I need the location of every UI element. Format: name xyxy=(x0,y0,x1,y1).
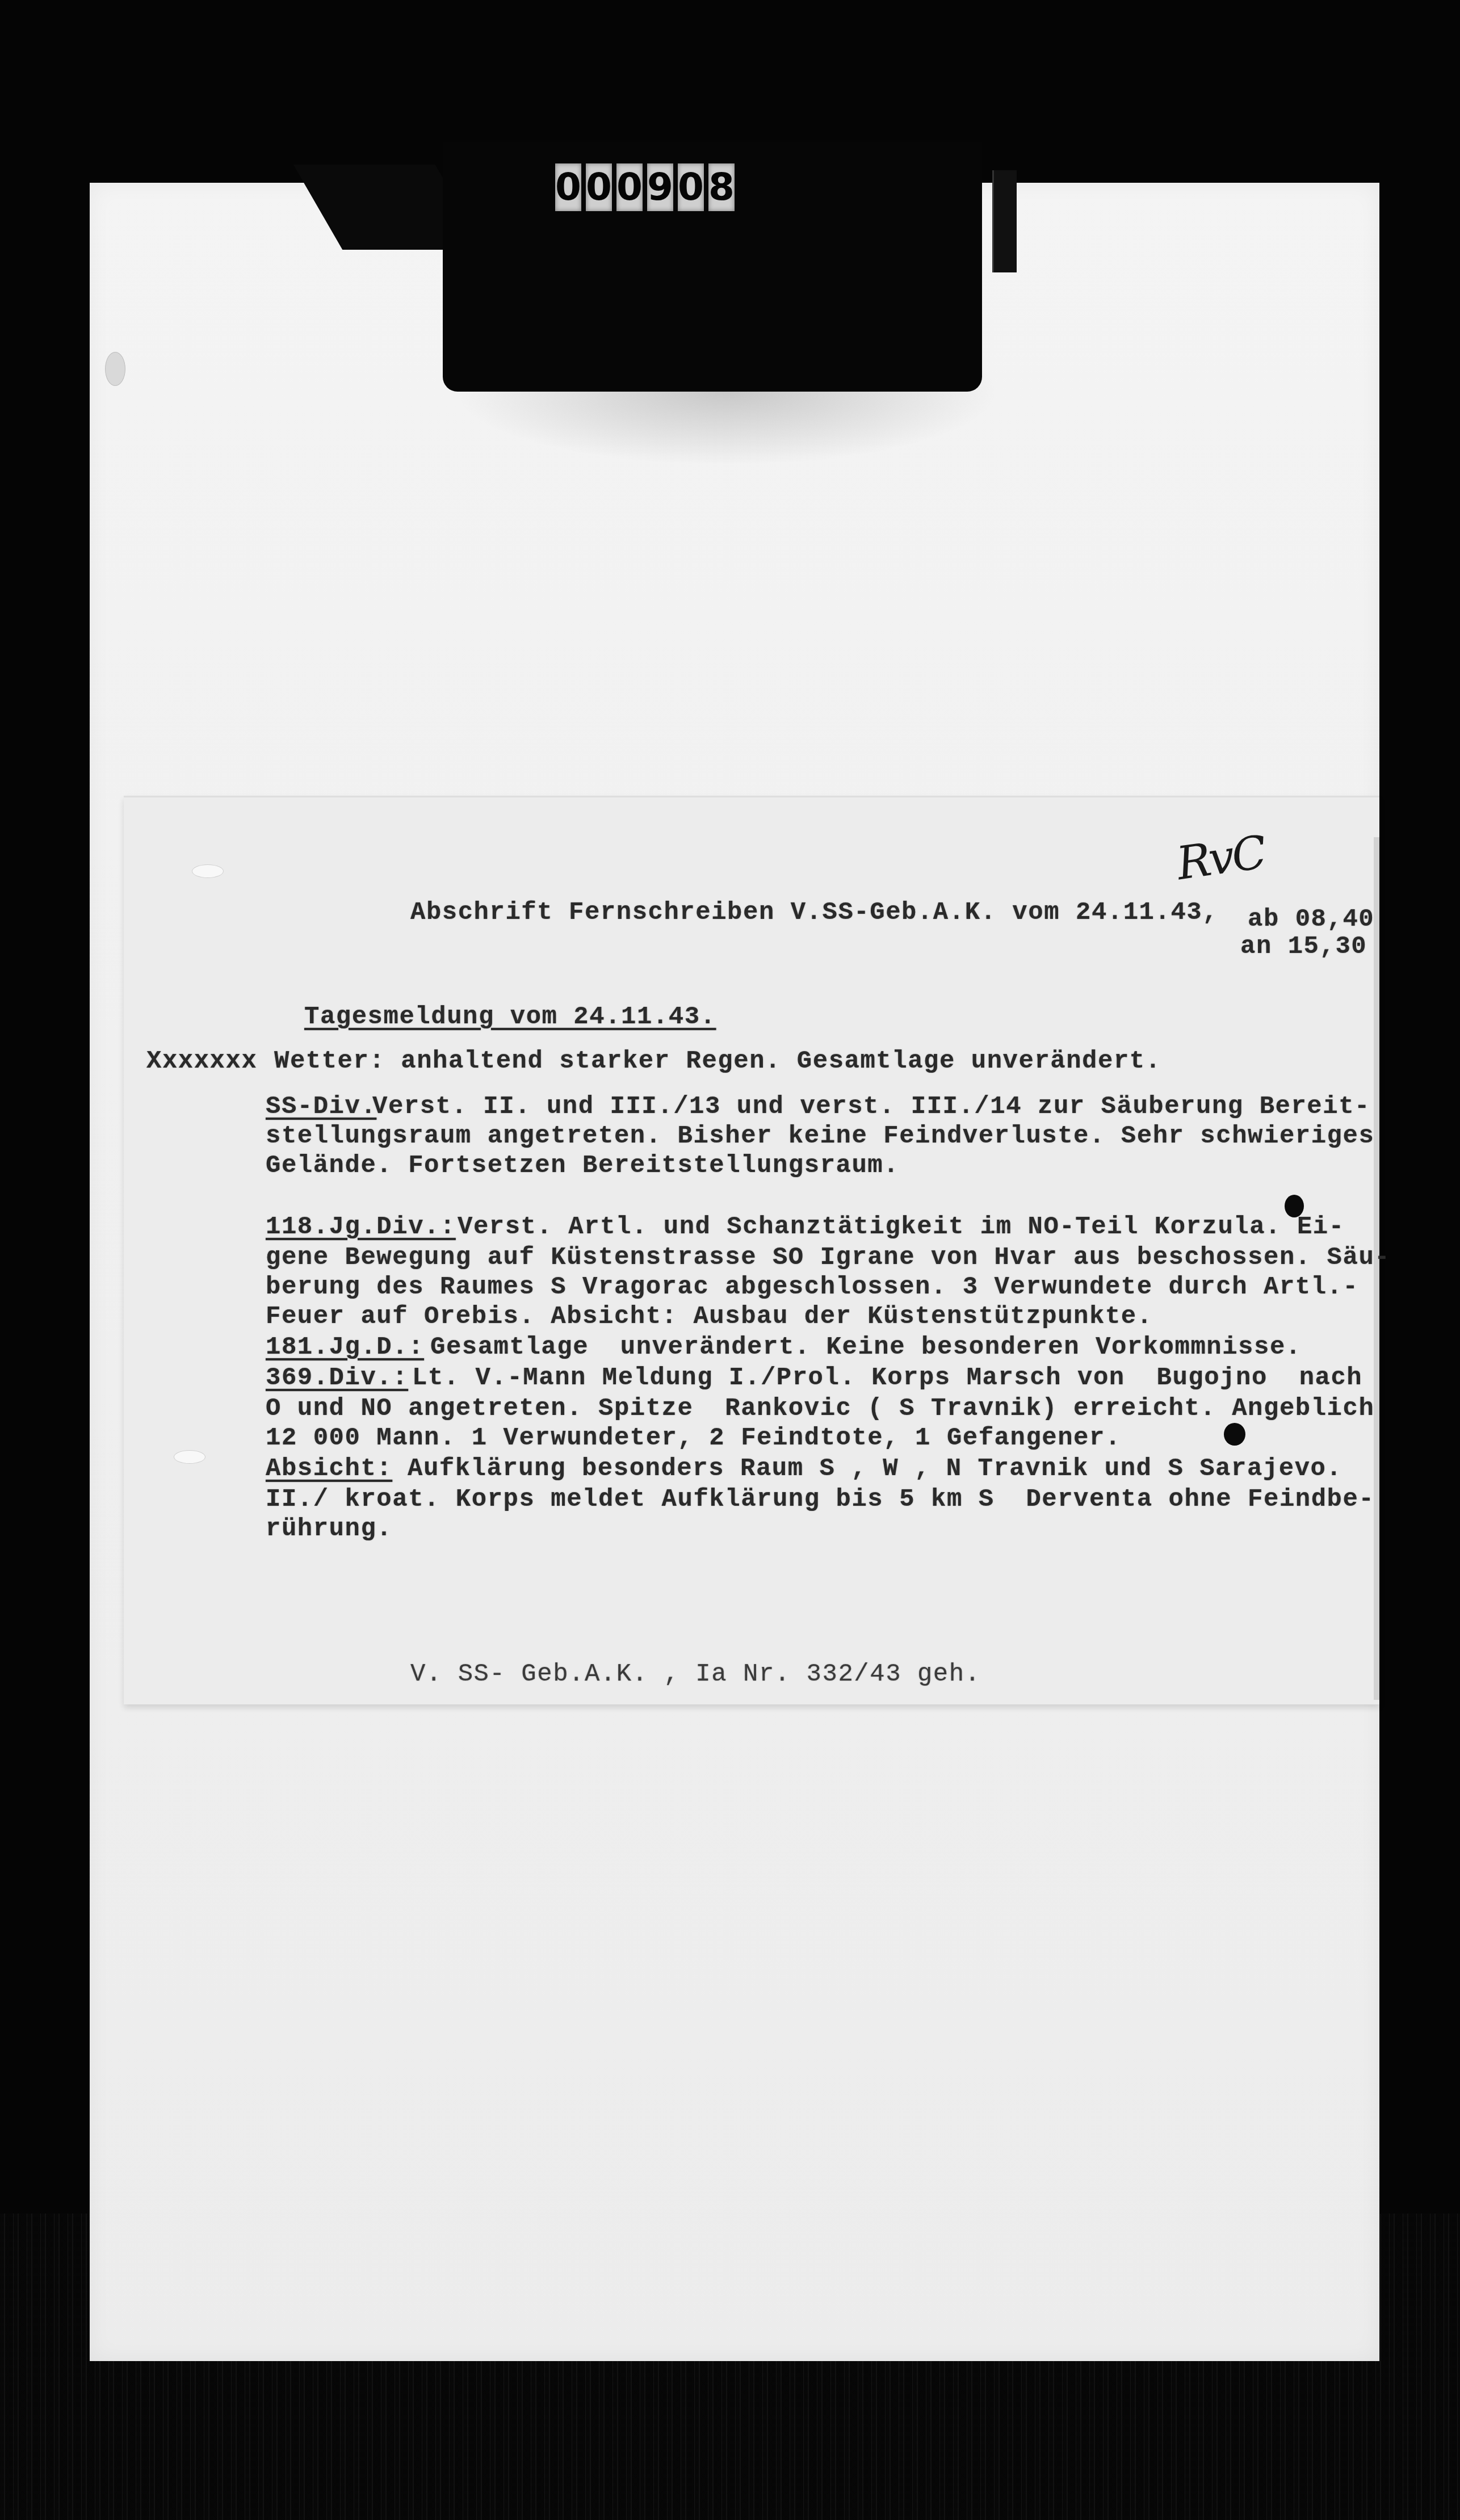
header-time-in: an 15,30 xyxy=(1240,933,1367,961)
header-title-line: Abschrift Fernschreiben V.SS-Geb.A.K. vo… xyxy=(410,898,1218,927)
counter-digit: 8 xyxy=(708,163,735,211)
section-line: gene Bewegung auf Küstenstrasse SO Igran… xyxy=(266,1244,1390,1272)
section-line: berung des Raumes S Vragorac abgeschloss… xyxy=(266,1273,1358,1301)
section-line: rührung. xyxy=(266,1515,392,1543)
section-line: stellungsraum angetreten. Bisher keine F… xyxy=(266,1122,1374,1150)
frame-counter-digits: 0 0 0 9 0 8 xyxy=(555,163,735,211)
section-line: Gelände. Fortsetzen Bereitstellungsraum. xyxy=(266,1152,899,1180)
unit-label-ss-div: SS-Div. xyxy=(266,1093,376,1121)
punch-hole-outer xyxy=(105,352,125,386)
punch-hole xyxy=(192,864,224,878)
counter-digit: 0 xyxy=(586,163,612,211)
header-time-out: ab 08,40 xyxy=(1248,905,1374,934)
unit-label-181-jg-d: 181.Jg.D.: xyxy=(266,1333,424,1362)
section-line: II./ kroat. Korps meldet Aufklärung bis … xyxy=(266,1485,1374,1514)
counter-knob xyxy=(992,170,1017,272)
unit-label-118-jg-div: 118.Jg.Div.: xyxy=(266,1213,456,1241)
unit-label-absicht: Absicht: xyxy=(266,1455,392,1483)
unit-label-369-div: 369.Div.: xyxy=(266,1364,408,1392)
telex-copy-slip: RvC Abschrift Fernschreiben V.SS-Geb.A.K… xyxy=(124,796,1379,1704)
ink-blot xyxy=(1224,1423,1245,1446)
section-line: Gesamtlage unverändert. Keine besonderen… xyxy=(430,1333,1302,1362)
section-line: Verst. II. und III./13 und verst. III./1… xyxy=(372,1093,1370,1121)
struck-out-text: Xxxxxxx xyxy=(146,1047,257,1076)
footer-reference: V. SS- Geb.A.K. , Ia Nr. 332/43 geh. xyxy=(410,1660,981,1689)
counter-digit: 0 xyxy=(616,163,643,211)
handwritten-initials: RvC xyxy=(1173,826,1268,891)
section-line: Lt. V.-Mann Meldung I./Prol. Korps Marsc… xyxy=(412,1364,1362,1392)
report-title: Tagesmeldung vom 24.11.43. xyxy=(304,1003,716,1031)
section-line: Verst. Artl. und Schanztätigkeit im NO-T… xyxy=(458,1213,1345,1241)
weather-line: Wetter: anhaltend starker Regen. Gesamtl… xyxy=(274,1047,1161,1076)
counter-digit: 0 xyxy=(555,163,581,211)
counter-digit: 0 xyxy=(678,163,704,211)
section-line: O und NO angetreten. Spitze Rankovic ( S… xyxy=(266,1395,1374,1423)
section-line: Feuer auf Orebis. Absicht: Ausbau der Kü… xyxy=(266,1303,1153,1331)
punch-hole xyxy=(174,1450,205,1464)
section-line: Aufklärung besonders Raum S , W , N Trav… xyxy=(408,1455,1342,1483)
counter-digit: 9 xyxy=(647,163,673,211)
section-line: 12 000 Mann. 1 Verwundeter, 2 Feindtote,… xyxy=(266,1424,1121,1452)
